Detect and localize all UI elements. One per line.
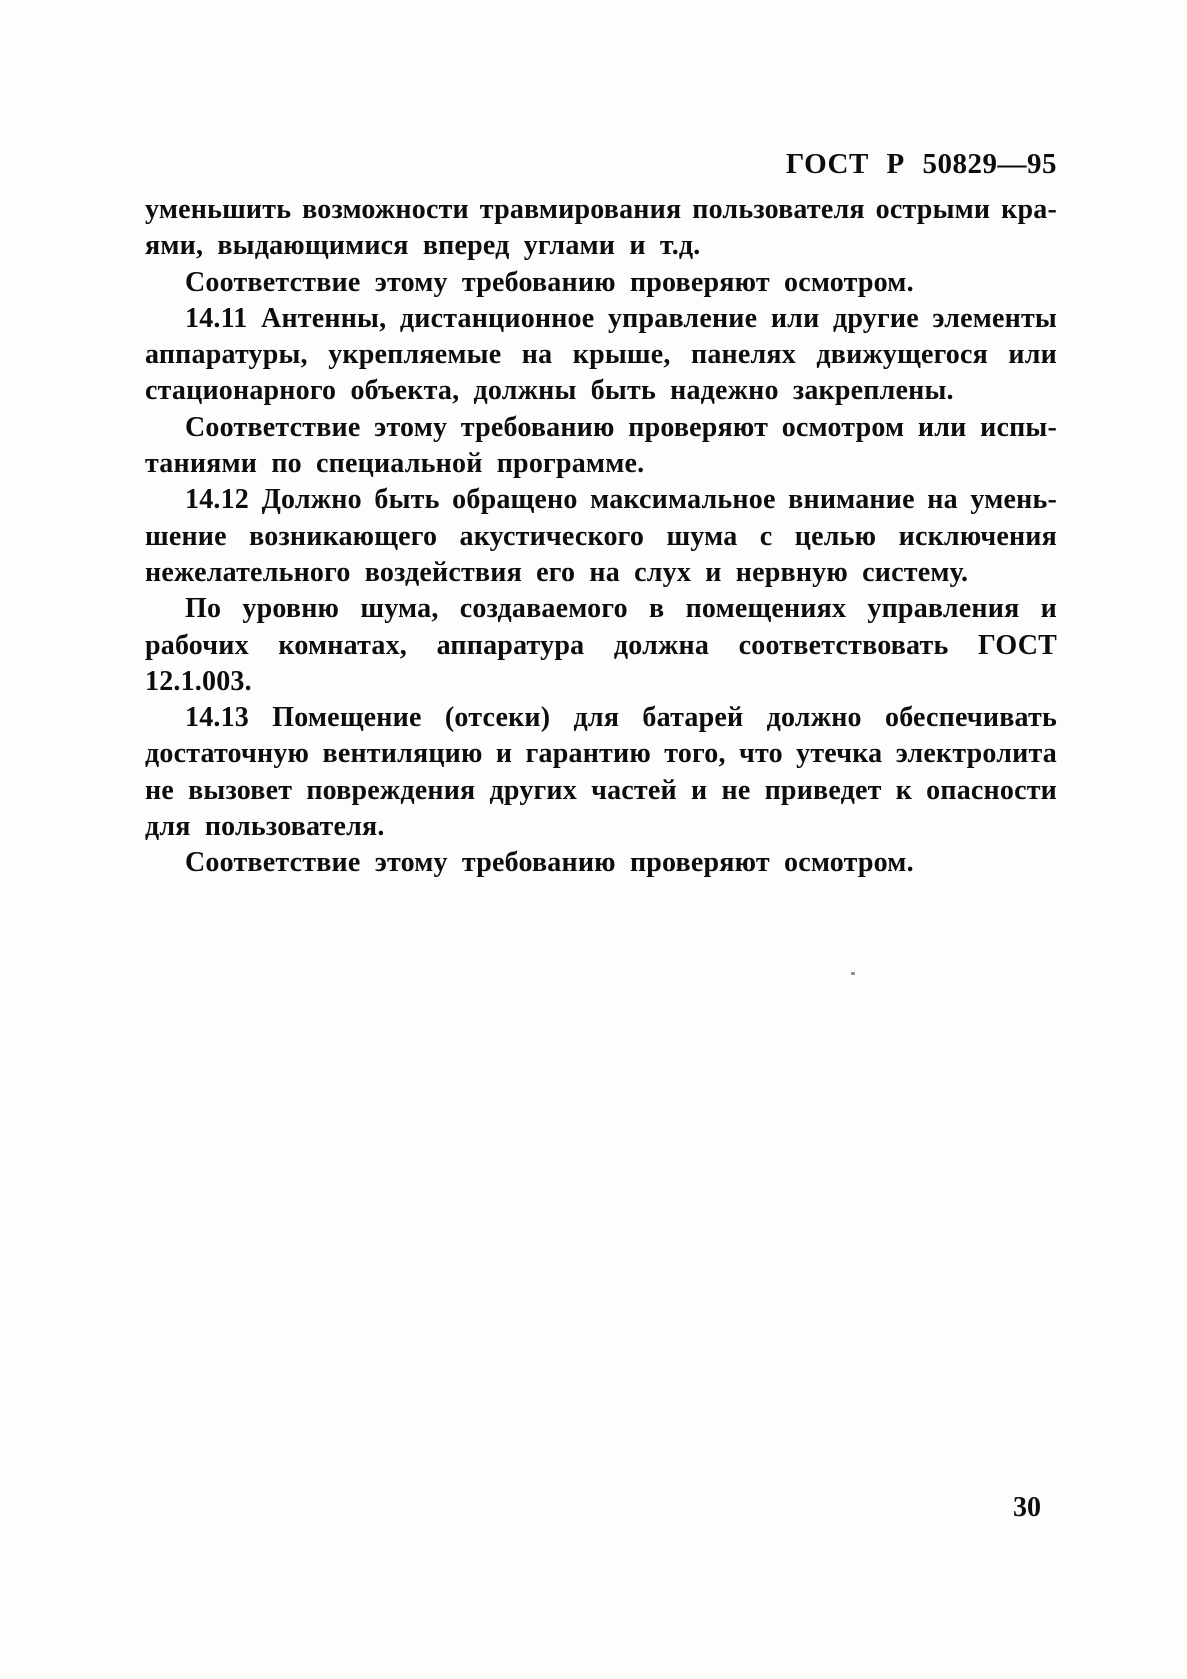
text-line: для пользователя. bbox=[145, 809, 1057, 845]
text-line: нежелательного воздействия его на слух и… bbox=[145, 555, 1057, 591]
text-line: По уровню шума, создаваемого в помещения… bbox=[185, 591, 1057, 627]
page-number: 30 bbox=[145, 1492, 1041, 1524]
text-line: достаточную вентиляцию и гарантию того, … bbox=[145, 736, 1057, 772]
document-standard-header: ГОСТ Р 50829—95 bbox=[145, 148, 1057, 181]
scanned-document-page: ГОСТ Р 50829—95 уменьшить возможности тр… bbox=[0, 0, 1187, 1679]
text-line: таниями по специальной программе. bbox=[145, 446, 1057, 482]
text-line: 14.12 Должно быть обращено максимальное … bbox=[185, 482, 1057, 518]
text-line: Соответствие этому требованию проверяют … bbox=[185, 845, 1057, 881]
text-line: уменьшить возможности травмирования поль… bbox=[145, 192, 1057, 228]
document-body: уменьшить возможности травмирования поль… bbox=[145, 192, 1057, 882]
text-line: 12.1.003. bbox=[145, 664, 1057, 700]
text-line: стационарного объекта, должны быть надеж… bbox=[145, 373, 1057, 409]
text-line: шение возникающего акустического шума с … bbox=[145, 519, 1057, 555]
text-line: аппаратуры, укрепляемые на крыше, панеля… bbox=[145, 337, 1057, 373]
text-line: рабочих комнатах, аппаратура должна соот… bbox=[145, 628, 1057, 664]
text-line: 14.13 Помещение (отсеки) для батарей дол… bbox=[185, 700, 1057, 736]
scan-artifact-speck bbox=[851, 972, 855, 975]
text-line: не вызовет повреждения других частей и н… bbox=[145, 773, 1057, 809]
text-line: 14.11 Антенны, дистанционное управление … bbox=[185, 301, 1057, 337]
text-line: Соответствие этому требованию проверяют … bbox=[185, 410, 1057, 446]
text-line: Соответствие этому требованию проверяют … bbox=[185, 265, 1057, 301]
text-line: ями, выдающимися вперед углами и т.д. bbox=[145, 228, 1057, 264]
